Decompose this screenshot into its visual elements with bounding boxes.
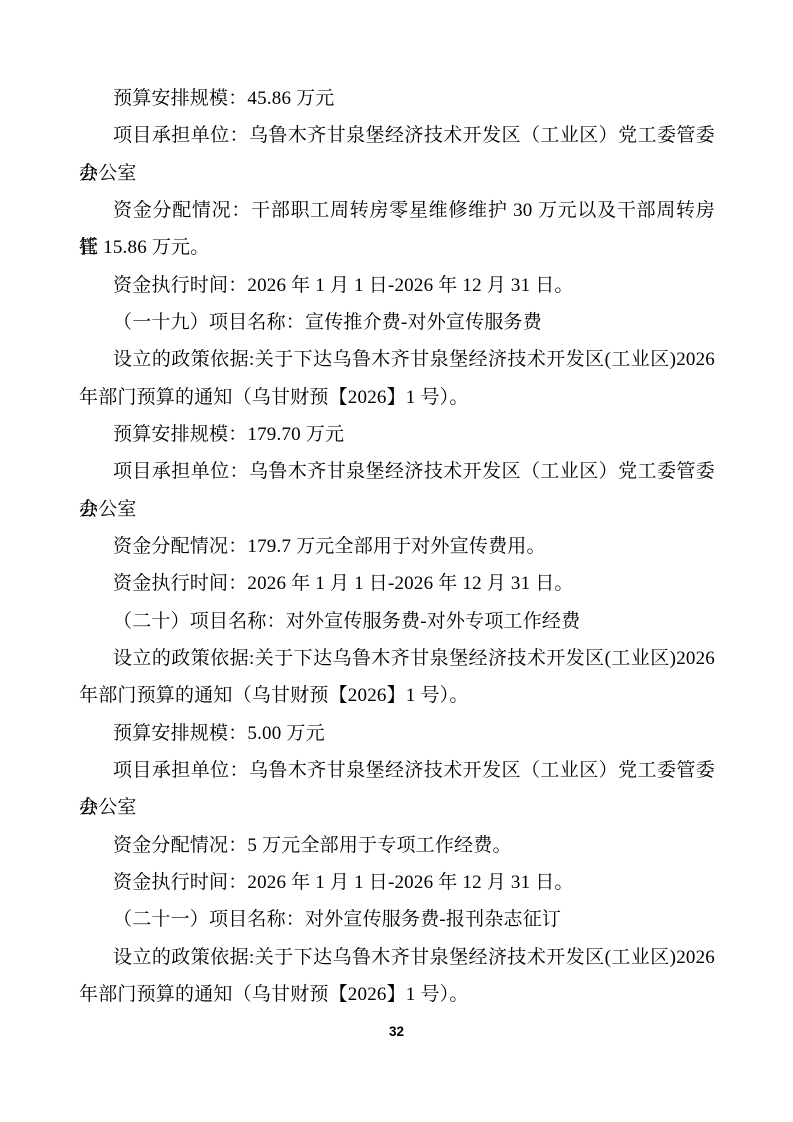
text-line: 设立的政策依据:关于下达乌鲁木齐甘泉堡经济技术开发区(工业区)2026 — [79, 341, 715, 378]
text-line: 设立的政策依据:关于下达乌鲁木齐甘泉堡经济技术开发区(工业区)2026 — [79, 640, 715, 677]
text-line: 资金分配情况：干部职工周转房零星维修维护 30 万元以及干部周转房托 — [79, 192, 715, 229]
page-number: 32 — [0, 1024, 793, 1039]
text-line: 年部门预算的通知（乌甘财预【2026】1 号）。 — [79, 976, 715, 1013]
text-line: 资金分配情况：5 万元全部用于专项工作经费。 — [79, 827, 715, 864]
text-line: 资金分配情况：179.7 万元全部用于对外宣传费用。 — [79, 528, 715, 565]
text-line: 办公室 — [79, 155, 715, 192]
document-page: 预算安排规模：45.86 万元项目承担单位：乌鲁木齐甘泉堡经济技术开发区（工业区… — [0, 0, 793, 1122]
text-line: 资金执行时间：2026 年 1 月 1 日-2026 年 12 月 31 日。 — [79, 864, 715, 901]
text-line: （二十一）项目名称：对外宣传服务费-报刊杂志征订 — [79, 901, 715, 938]
text-line: 设立的政策依据:关于下达乌鲁木齐甘泉堡经济技术开发区(工业区)2026 — [79, 939, 715, 976]
text-line: 资金执行时间：2026 年 1 月 1 日-2026 年 12 月 31 日。 — [79, 565, 715, 602]
text-line: 年部门预算的通知（乌甘财预【2026】1 号）。 — [79, 677, 715, 714]
text-line: 项目承担单位：乌鲁木齐甘泉堡经济技术开发区（工业区）党工委管委会 — [79, 453, 715, 490]
text-line: 管 15.86 万元。 — [79, 229, 715, 266]
text-line: 办公室 — [79, 491, 715, 528]
text-line: 预算安排规模：5.00 万元 — [79, 715, 715, 752]
document-text-block: 预算安排规模：45.86 万元项目承担单位：乌鲁木齐甘泉堡经济技术开发区（工业区… — [79, 80, 715, 1013]
text-line: 预算安排规模：45.86 万元 — [79, 80, 715, 117]
text-line: （一十九）项目名称：宣传推介费-对外宣传服务费 — [79, 304, 715, 341]
text-line: 预算安排规模：179.70 万元 — [79, 416, 715, 453]
text-line: 年部门预算的通知（乌甘财预【2026】1 号）。 — [79, 379, 715, 416]
text-line: （二十）项目名称：对外宣传服务费-对外专项工作经费 — [79, 603, 715, 640]
text-line: 项目承担单位：乌鲁木齐甘泉堡经济技术开发区（工业区）党工委管委会 — [79, 117, 715, 154]
text-line: 办公室 — [79, 789, 715, 826]
text-line: 资金执行时间：2026 年 1 月 1 日-2026 年 12 月 31 日。 — [79, 267, 715, 304]
text-line: 项目承担单位：乌鲁木齐甘泉堡经济技术开发区（工业区）党工委管委会 — [79, 752, 715, 789]
